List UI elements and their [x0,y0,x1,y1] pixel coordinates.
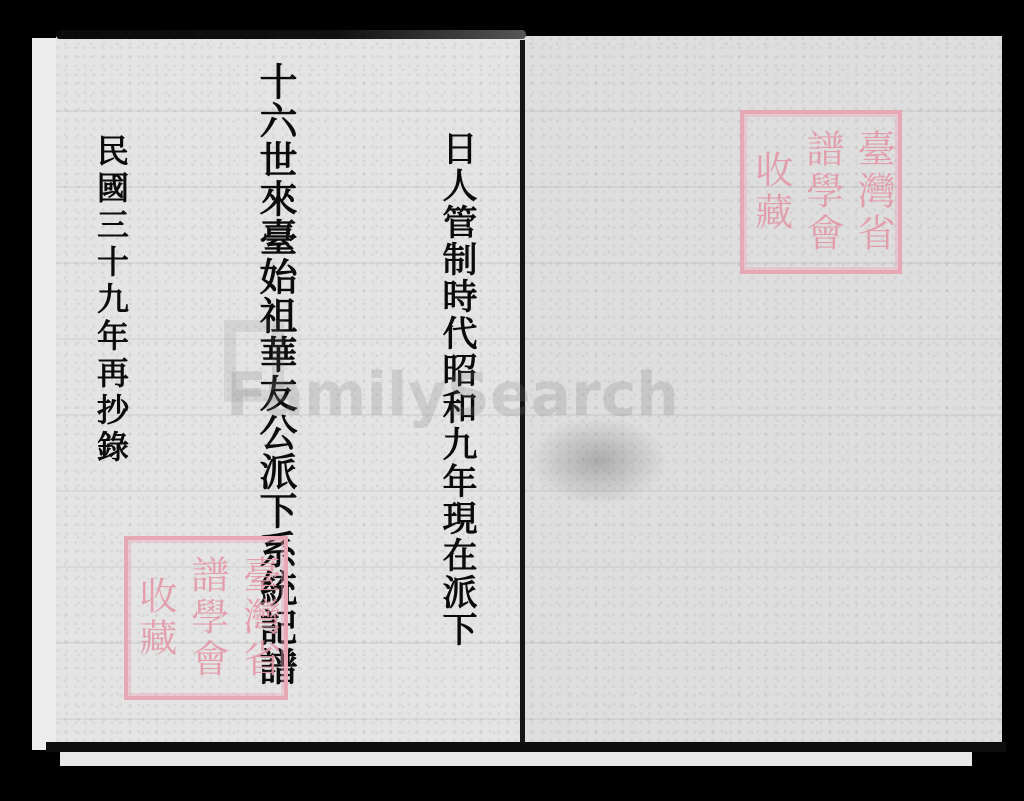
seal-column: 臺灣省 [851,129,893,255]
seal-column: 收藏 [133,576,175,660]
familysearch-watermark: FamilySearch [226,360,679,430]
copy-date-note: 民國三十九年再抄錄 [88,134,134,467]
seal-column: 收藏 [749,150,791,234]
seal-column: 臺灣省 [237,555,279,681]
binding-edge-bottom [46,742,1006,752]
seal-column: 譜學會 [185,555,227,681]
collection-seal-right: 臺灣省 譜學會 收藏 [740,110,902,274]
collection-seal-left: 臺灣省 譜學會 收藏 [124,536,288,700]
document-spread: 十六世來臺始祖華友公派下系統記譜 民國三十九年再抄錄 日人管制時代昭和九年現在派… [56,30,1006,750]
binding-edge-top [56,30,526,39]
seal-column: 譜學會 [800,129,842,255]
